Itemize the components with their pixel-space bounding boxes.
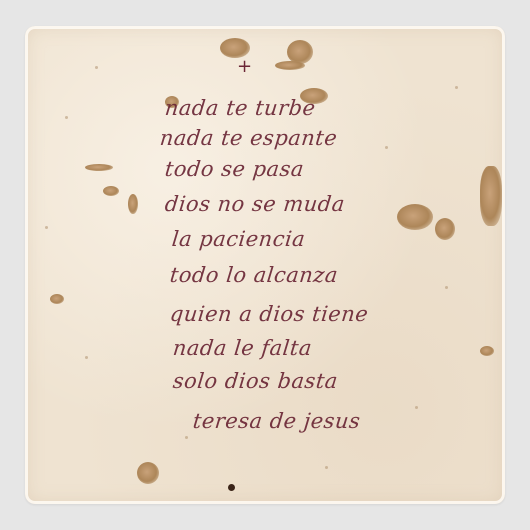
poem-line: quien a dios tiene [169,302,370,326]
cross-symbol: + [237,56,252,77]
poem-line: solo dios basta [172,369,339,393]
poem-line: nada te turbe [164,96,317,120]
poem-line: nada te espante [159,126,339,150]
poem-line: nada le falta [172,336,314,360]
poem-line: todo se pasa [164,157,306,181]
poem-line: la paciencia [171,227,307,251]
poem-line: todo lo alcanza [169,263,340,287]
handwritten-poem: + nada te turbe nada te espante todo se … [25,26,505,504]
poem-signature: teresa de jesus [192,409,362,433]
poem-line: dios no se muda [164,192,346,216]
stone-coaster: + nada te turbe nada te espante todo se … [25,26,505,504]
